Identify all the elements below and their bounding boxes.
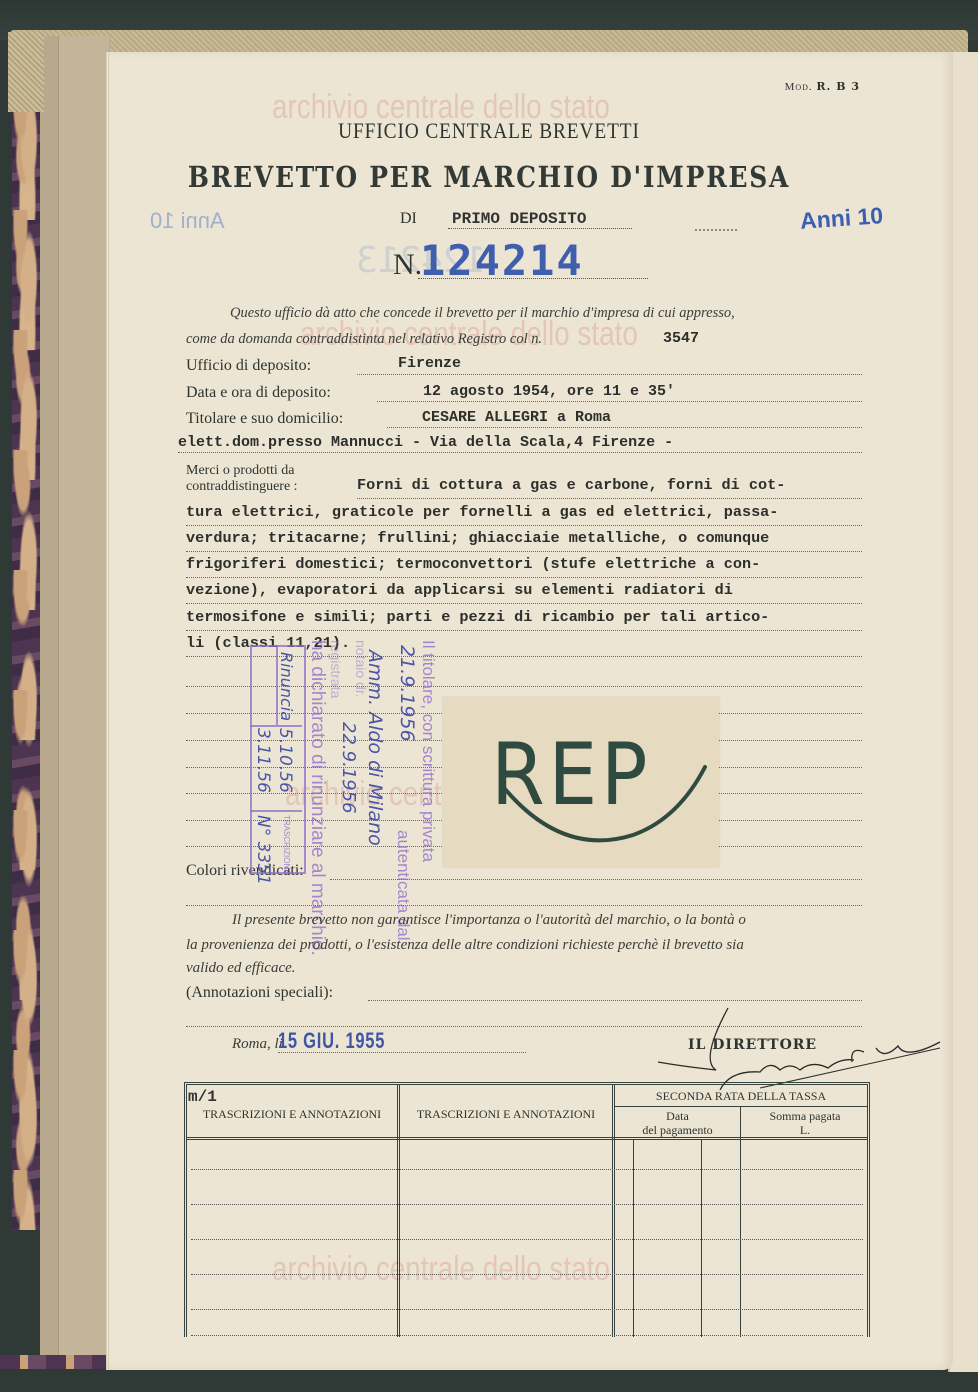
- stamp-registrata: registrata: [328, 640, 344, 698]
- table-row: [191, 1309, 863, 1310]
- place-label: Roma, li: [232, 1036, 283, 1053]
- trademark-arc-icon: [443, 697, 719, 867]
- stamp-box-date: 5.10.56: [275, 728, 295, 793]
- model-label: Mod.: [785, 81, 813, 93]
- merci-line-2: tura elettrici, graticole per fornelli a…: [186, 500, 862, 526]
- ufficio-value: Firenze: [398, 355, 461, 372]
- merci-line-4: frigoriferi domestici; termoconvettori (…: [186, 552, 862, 578]
- data-line: [377, 401, 862, 402]
- table-header-somma: Somma pagata L.: [743, 1109, 867, 1137]
- merci-label-1: Merci o prodotti da: [186, 463, 294, 478]
- table-row: [191, 1335, 863, 1336]
- disclaimer-line-1: Il presente brevetto non garantisce l'im…: [232, 912, 746, 929]
- merci-line-5: vezione), evaporatori da applicarsi su e…: [186, 578, 862, 604]
- model-code: Mod. R. B 3: [785, 80, 860, 93]
- ufficio-label: Ufficio di deposito:: [186, 357, 311, 375]
- stamp-titolare-text: Il titolare, con scrittura privata: [418, 640, 438, 862]
- table-header-col1: TRASCRIZIONI E ANNOTAZIONI: [187, 1107, 397, 1122]
- titolare-value: CESARE ALLEGRI a Roma: [422, 409, 611, 426]
- issue-date-stamp: 15 GIU. 1955: [278, 1028, 385, 1054]
- domicilio-line: [178, 452, 862, 453]
- stamp-box-name: Rinuncia: [277, 652, 296, 721]
- table-divider: [397, 1085, 400, 1337]
- registro-number: 3547: [663, 330, 699, 347]
- titolare-label: Titolare e suo domicilio:: [186, 410, 343, 428]
- table-row: [191, 1274, 863, 1275]
- annotazioni-label: (Annotazioni speciali):: [186, 984, 333, 1002]
- handwritten-date-1: 21.9.1956: [396, 645, 418, 742]
- deposit-type-label: DI: [400, 210, 417, 228]
- marbled-spine: [12, 90, 40, 1230]
- binder-cloth-edge: [10, 30, 968, 52]
- table-subheader-line: [615, 1106, 867, 1107]
- stamp-divider: [250, 725, 302, 727]
- ufficio-line: [357, 374, 862, 375]
- stamp-box-trans-number: N° 3351: [253, 815, 273, 885]
- intro-line-2: come da domanda contraddistinta nel rela…: [186, 331, 542, 348]
- merci-line-6: termosifone e simili; parti e pezzi di r…: [186, 605, 862, 631]
- stamp-trascrizione-label: TRASCRIZIONE: [282, 815, 291, 875]
- office-name: UFFICIO CENTRALE BREVETTI: [59, 118, 920, 144]
- document-title: BREVETTO PER MARCHIO D'IMPRESA: [42, 160, 936, 194]
- intro-line-1: Questo ufficio dà atto che concede il br…: [230, 305, 735, 322]
- merci-label-2: contraddistinguere :: [186, 479, 298, 494]
- trademark-logo-card: REP: [443, 697, 719, 867]
- patent-number: 124214: [420, 236, 584, 285]
- table-divider: [740, 1107, 741, 1337]
- stamp-divider: [250, 810, 302, 812]
- binder-cloth-corner: [8, 32, 44, 112]
- merci-line-1: Forni di cottura a gas e carbone, forni …: [357, 473, 862, 499]
- model-value: R. B 3: [816, 80, 860, 93]
- handwritten-notary: Amm. Aldo di Milano: [364, 650, 386, 846]
- disclaimer-line-2: la provenienza dei prodotti, o l'esisten…: [186, 937, 744, 954]
- deposit-type-tail-line: [695, 229, 737, 231]
- patent-number-label: N.: [393, 248, 422, 282]
- transcriptions-table: TRASCRIZIONI E ANNOTAZIONI TRASCRIZIONI …: [184, 1082, 870, 1337]
- domicilio-value: elett.dom.presso Mannucci - Via della Sc…: [178, 434, 673, 451]
- director-signature-icon: [640, 1000, 970, 1090]
- merci-line-3: verdura; tritacarne; frullini; ghiacciai…: [186, 526, 862, 552]
- anni-stamp-ghost: Anni 10: [150, 208, 225, 234]
- colori-line-2: [186, 905, 862, 906]
- handwritten-date-2: 22.9.1956: [338, 722, 359, 814]
- binder-board-inner: [58, 36, 109, 1361]
- anni-stamp: Anni 10: [799, 202, 884, 235]
- table-header-somma-1: Somma pagata: [743, 1109, 867, 1123]
- disclaimer-line-3: valido ed efficace.: [186, 960, 296, 977]
- table-row: [191, 1169, 863, 1170]
- table-header-line: [187, 1137, 867, 1140]
- table-header-somma-2: L.: [743, 1123, 867, 1137]
- data-label: Data e ora di deposito:: [186, 384, 331, 402]
- table-header-data-2: del pagamento: [615, 1123, 740, 1137]
- stamp-box-trans-date: 3.11.56: [253, 728, 273, 793]
- table-row: [191, 1204, 863, 1205]
- table-header-data-1: Data: [615, 1109, 740, 1123]
- deposit-type-value: PRIMO DEPOSITO: [448, 210, 632, 229]
- table-header-col2: TRASCRIZIONI E ANNOTAZIONI: [400, 1107, 612, 1122]
- table-header-group: SECONDA RATA DELLA TASSA: [615, 1089, 867, 1104]
- titolare-line: [387, 427, 862, 428]
- table-header-data: Data del pagamento: [615, 1109, 740, 1137]
- data-value: 12 agosto 1954, ore 11 e 35': [423, 383, 675, 400]
- table-row: [191, 1239, 863, 1240]
- stamp-renunciation-text: ha dichiarato di rinunziare al marchio.: [306, 640, 328, 956]
